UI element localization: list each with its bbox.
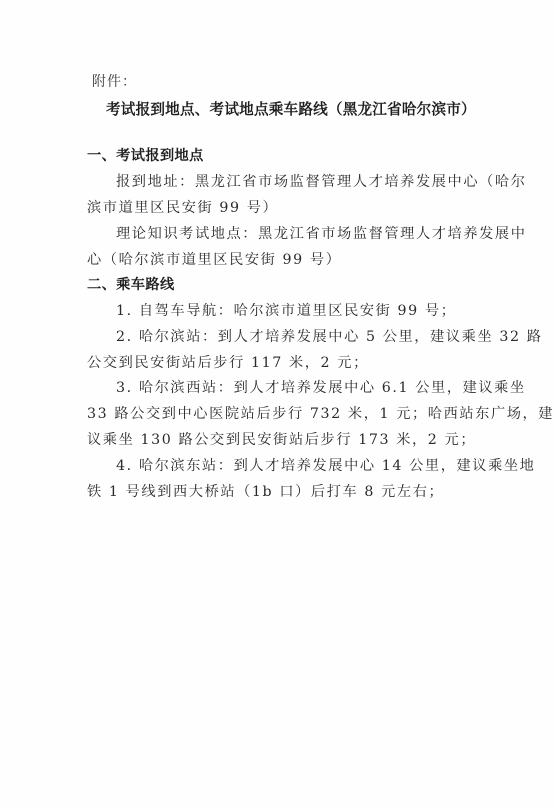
attachment-label: 附件： xyxy=(92,73,484,91)
route-item-harbin-west-line-3: 议乘坐 130 路公交到民安街站后步行 173 米，2 元； xyxy=(87,431,479,449)
route-item-harbin-station-line-2: 公交到民安街站后步行 117 米，2 元； xyxy=(87,354,479,372)
section-heading-transit-routes: 二、乘车路线 xyxy=(87,276,479,294)
checkin-address-line-1: 报到地址：黑龙江省市场监督管理人才培养发展中心（哈尔 xyxy=(116,173,479,191)
route-item-harbin-east-line-1: 4. 哈尔滨东站：到人才培养发展中心 14 公里，建议乘坐地 xyxy=(116,457,479,475)
section-heading-exam-checkin-location: 一、考试报到地点 xyxy=(87,147,479,165)
document-title: 考试报到地点、考试地点乘车路线（黑龙江省哈尔滨市） xyxy=(106,101,466,119)
route-item-self-drive: 1. 自驾车导航：哈尔滨市道里区民安街 99 号； xyxy=(116,302,479,320)
route-item-harbin-station-line-1: 2. 哈尔滨站：到人才培养发展中心 5 公里，建议乘坐 32 路 xyxy=(116,328,479,346)
route-item-harbin-west-line-1: 3. 哈尔滨西站：到人才培养发展中心 6.1 公里，建议乘坐 xyxy=(116,379,479,397)
route-item-harbin-west-line-2: 33 路公交到中心医院站后步行 732 米，1 元；哈西站东广场，建 xyxy=(87,405,479,423)
checkin-address-line-2: 滨市道里区民安街 99 号） xyxy=(87,199,479,217)
theory-exam-location-line-2: 心（哈尔滨市道里区民安街 99 号） xyxy=(87,251,479,269)
route-item-harbin-east-line-2: 铁 1 号线到西大桥站（1b 口）后打车 8 元左右； xyxy=(87,483,479,501)
document-page: 附件： 考试报到地点、考试地点乘车路线（黑龙江省哈尔滨市） 一、考试报到地点 报… xyxy=(0,0,554,809)
theory-exam-location-line-1: 理论知识考试地点：黑龙江省市场监督管理人才培养发展中 xyxy=(116,225,479,243)
